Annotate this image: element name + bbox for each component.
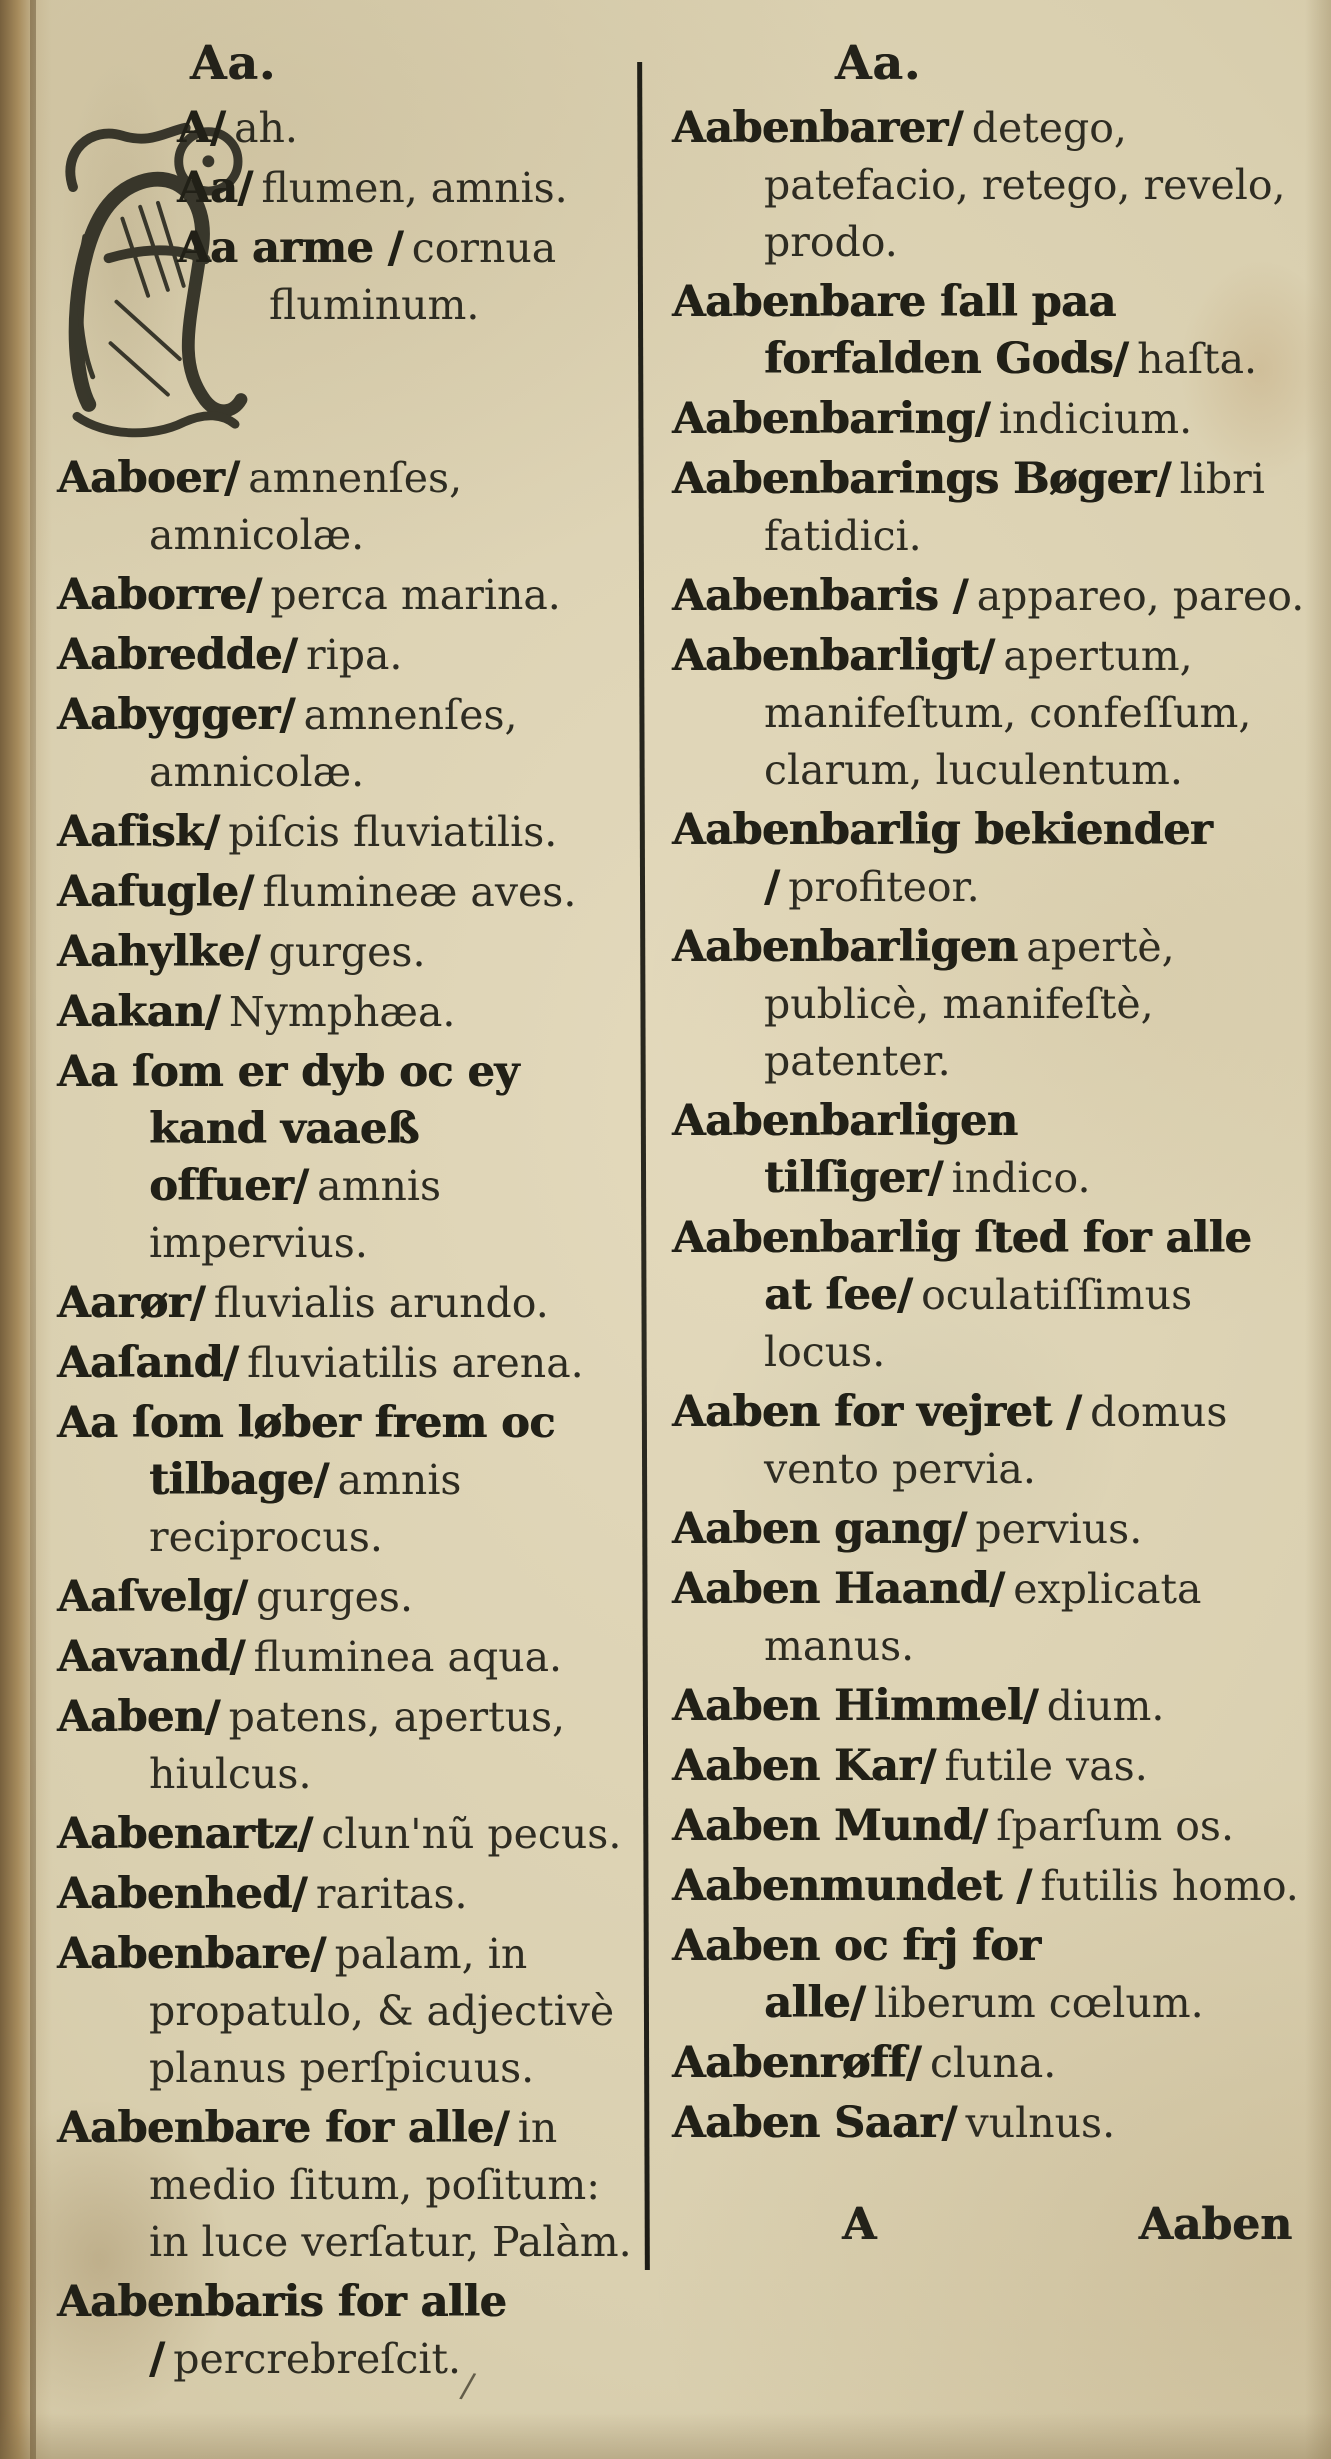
latin-gloss: pervius. xyxy=(975,1505,1142,1553)
page-right-edge xyxy=(1305,0,1331,2459)
dictionary-entry: Aaboer/amnenſes, amnicolæ. xyxy=(57,450,633,564)
latin-gloss: raritas. xyxy=(316,1870,468,1918)
dictionary-entry: Aahylke/gurges. xyxy=(57,924,633,981)
dictionary-entry: Aaben Haand/explicata manus. xyxy=(672,1561,1308,1675)
dictionary-entry: Aaben/patens, apertus, hiulcus. xyxy=(57,1689,633,1803)
headword: Aaben Himmel/ xyxy=(672,1681,1038,1731)
dictionary-entry: Aabenrøff/cluna. xyxy=(672,2035,1308,2092)
dictionary-entry: Aabenhed/raritas. xyxy=(57,1866,633,1923)
left-entry-list: Aaboer/amnenſes, amnicolæ.Aaborre/perca … xyxy=(57,450,633,2388)
dictionary-entry: Aabenbarlig ſted for alle at ſee/oculati… xyxy=(672,1210,1308,1381)
dictionary-entry: Aabenbaris /appareo, pareo. xyxy=(672,568,1308,625)
latin-gloss: liberum cœlum. xyxy=(874,1979,1204,2027)
latin-gloss: fluvialis arundo. xyxy=(214,1279,549,1327)
right-running-head: Aa. xyxy=(560,34,1196,94)
latin-gloss: fluviatilis arena. xyxy=(247,1339,584,1387)
direction-line: A Aaben xyxy=(672,2196,1292,2253)
headword: Aafugle/ xyxy=(57,867,253,917)
dictionary-entry: Aabenbare ſall paa forfalden Gods/haſta. xyxy=(672,274,1308,388)
headword: Aa arme / xyxy=(177,223,403,273)
headword: Aabenbare/ xyxy=(57,1929,326,1979)
headword: Aa ſom løber frem oc tilbage/ xyxy=(57,1398,555,1505)
headword: Aabenbarligt/ xyxy=(672,631,994,681)
headword: Aabenmundet / xyxy=(672,1861,1031,1911)
right-column: Aa. Aabenbarer/detego, patefacio, retego… xyxy=(672,34,1308,2155)
latin-gloss: Nymphæa. xyxy=(229,988,456,1036)
dictionary-entry: Aabenbarligt/apertum, manifeſtum, confeſ… xyxy=(672,628,1308,799)
latin-gloss: gurges. xyxy=(269,928,426,976)
dictionary-entry: Aaben Saar/vulnus. xyxy=(672,2095,1308,2152)
dictionary-entry: Aabenbarer/detego, patefacio, retego, re… xyxy=(672,100,1308,271)
headword: Aabredde/ xyxy=(57,630,297,680)
latin-gloss: perca marina. xyxy=(270,571,560,619)
headword: Aaſand/ xyxy=(57,1338,238,1388)
latin-gloss: dium. xyxy=(1047,1682,1165,1730)
headword: Aaben Mund/ xyxy=(672,1801,987,1851)
latin-gloss: flumineæ aves. xyxy=(262,868,576,916)
latin-gloss: indico. xyxy=(952,1154,1091,1202)
dictionary-entry: Aarør/fluvialis arundo. xyxy=(57,1275,633,1332)
latin-gloss: haſta. xyxy=(1137,335,1257,383)
headword: Aaboer/ xyxy=(57,453,239,503)
headword: Aabenbare ſall paa forfalden Gods/ xyxy=(672,277,1128,384)
left-column: Aa. xyxy=(57,34,633,2391)
headword: Aarør/ xyxy=(57,1278,205,1328)
dictionary-entry: Aaborre/perca marina. xyxy=(57,567,633,624)
right-entry-list: Aabenbarer/detego, patefacio, retego, re… xyxy=(672,100,1308,2152)
headword: Aaben Haand/ xyxy=(672,1564,1004,1614)
page-binding-edge xyxy=(0,0,52,2459)
dictionary-entry: Aabenbarligenapertè, publicè, manifeſtè,… xyxy=(672,919,1308,1090)
headword: Aabenbarligen xyxy=(672,922,1017,972)
headword: Aa ſom er dyb oc ey kand vaaeß offuer/ xyxy=(57,1047,519,1211)
column-divider-rule xyxy=(637,62,650,2270)
latin-gloss: clun'nũ pecus. xyxy=(321,1810,621,1858)
headword: Aabenrøff/ xyxy=(672,2038,921,2088)
latin-gloss: ah. xyxy=(234,104,298,152)
latin-gloss: percrebreſcit. xyxy=(173,2335,461,2383)
headword: Aabygger/ xyxy=(57,690,295,740)
headword: Aafisk/ xyxy=(57,807,219,857)
headword: Aaben/ xyxy=(57,1692,220,1742)
dictionary-entry: Aaben gang/pervius. xyxy=(672,1501,1308,1558)
headword: A/ xyxy=(177,103,225,153)
headword: Aabenbarings Bøger/ xyxy=(672,454,1171,504)
headword: Aabenartz/ xyxy=(57,1809,312,1859)
headword: Aakan/ xyxy=(57,987,220,1037)
dictionary-entry: Aaben for vejret /domus vento pervia. xyxy=(672,1384,1308,1498)
headword: Aahylke/ xyxy=(57,927,260,977)
binding-crease xyxy=(30,0,36,2459)
headword: Aa/ xyxy=(177,163,252,213)
dictionary-entry: Aavand/fluminea aqua. xyxy=(57,1629,633,1686)
catchword: Aaben xyxy=(1139,2196,1292,2253)
dictionary-entry: Aaben Himmel/dium. xyxy=(672,1678,1308,1735)
headword: Aabenbaris / xyxy=(672,571,968,621)
dictionary-entry: Aabenbaring/indicium. xyxy=(672,391,1308,448)
book-page: Aa. xyxy=(0,0,1331,2459)
latin-gloss: indicium. xyxy=(999,395,1192,443)
dictionary-entry: Aabenbare for alle/in medio ſitum, poſit… xyxy=(57,2100,633,2271)
latin-gloss: piſcis fluviatilis. xyxy=(228,808,557,856)
dictionary-entry: Aabenbarligen tilſiger/indico. xyxy=(672,1093,1308,1207)
latin-gloss: ſparſum os. xyxy=(996,1802,1234,1850)
dictionary-entry: Aabenartz/clun'nũ pecus. xyxy=(57,1806,633,1863)
latin-gloss: profiteor. xyxy=(788,863,979,911)
dictionary-entry: Aakan/Nymphæa. xyxy=(57,984,633,1041)
dictionary-entry: Aa ſom løber frem oc tilbage/amnis recip… xyxy=(57,1395,633,1566)
dictionary-entry: Aaben oc frj for alle/liberum cœlum. xyxy=(672,1918,1308,2032)
dictionary-entry: Aabenbarings Bøger/libri fatidici. xyxy=(672,451,1308,565)
headword: Aaben Kar/ xyxy=(672,1741,935,1791)
left-running-head: Aa. xyxy=(0,34,521,94)
dictionary-entry: Aaſand/fluviatilis arena. xyxy=(57,1335,633,1392)
headword: Aabenbare for alle/ xyxy=(57,2103,509,2153)
latin-gloss: fluminea aqua. xyxy=(254,1633,562,1681)
latin-gloss: gurges. xyxy=(256,1573,413,1621)
headword: Aaben for vejret / xyxy=(672,1387,1081,1437)
latin-gloss: futilis homo. xyxy=(1040,1862,1298,1910)
headword: Aaben gang/ xyxy=(672,1504,966,1554)
signature-mark: A xyxy=(842,2196,876,2253)
latin-gloss: flumen, amnis. xyxy=(261,164,567,212)
latin-gloss: ripa. xyxy=(306,631,402,679)
dictionary-entry: Aabenbare/palam, in propatulo, & adjecti… xyxy=(57,1926,633,2097)
latin-gloss: futile vas. xyxy=(944,1742,1147,1790)
dictionary-entry: Aabredde/ripa. xyxy=(57,627,633,684)
dictionary-entry: Aafugle/flumineæ aves. xyxy=(57,864,633,921)
dictionary-entry: Aaben Kar/futile vas. xyxy=(672,1738,1308,1795)
headword: Aaben Saar/ xyxy=(672,2098,957,2148)
dictionary-entry: Aaben Mund/ſparſum os. xyxy=(672,1798,1308,1855)
dictionary-entry: Aa ſom er dyb oc ey kand vaaeß offuer/am… xyxy=(57,1044,633,1272)
dictionary-entry: Aafisk/piſcis fluviatilis. xyxy=(57,804,633,861)
headword: Aaſvelg/ xyxy=(57,1572,247,1622)
headword: Aabenbarer/ xyxy=(672,103,963,153)
headword: Aaborre/ xyxy=(57,570,261,620)
first-entry-group: A/ah.Aa/flumen, amnis.Aa arme /cornua fl… xyxy=(57,100,633,334)
dictionary-entry: Aabenbaris for alle /percrebreſcit. xyxy=(57,2274,633,2388)
latin-gloss: vulnus. xyxy=(966,2099,1116,2147)
page-bottom-edge xyxy=(0,2413,1331,2459)
dictionary-entry: Aabygger/amnenſes, amnicolæ. xyxy=(57,687,633,801)
headword: Aabenbaring/ xyxy=(672,394,990,444)
dictionary-entry: Aabenmundet /futilis homo. xyxy=(672,1858,1308,1915)
latin-gloss: appareo, pareo. xyxy=(977,572,1305,620)
dictionary-entry: Aaſvelg/gurges. xyxy=(57,1569,633,1626)
latin-gloss: cluna. xyxy=(930,2039,1056,2087)
dictionary-entry: Aabenbarlig bekiender /profiteor. xyxy=(672,802,1308,916)
headword: Aabenhed/ xyxy=(57,1869,307,1919)
headword: Aavand/ xyxy=(57,1632,245,1682)
